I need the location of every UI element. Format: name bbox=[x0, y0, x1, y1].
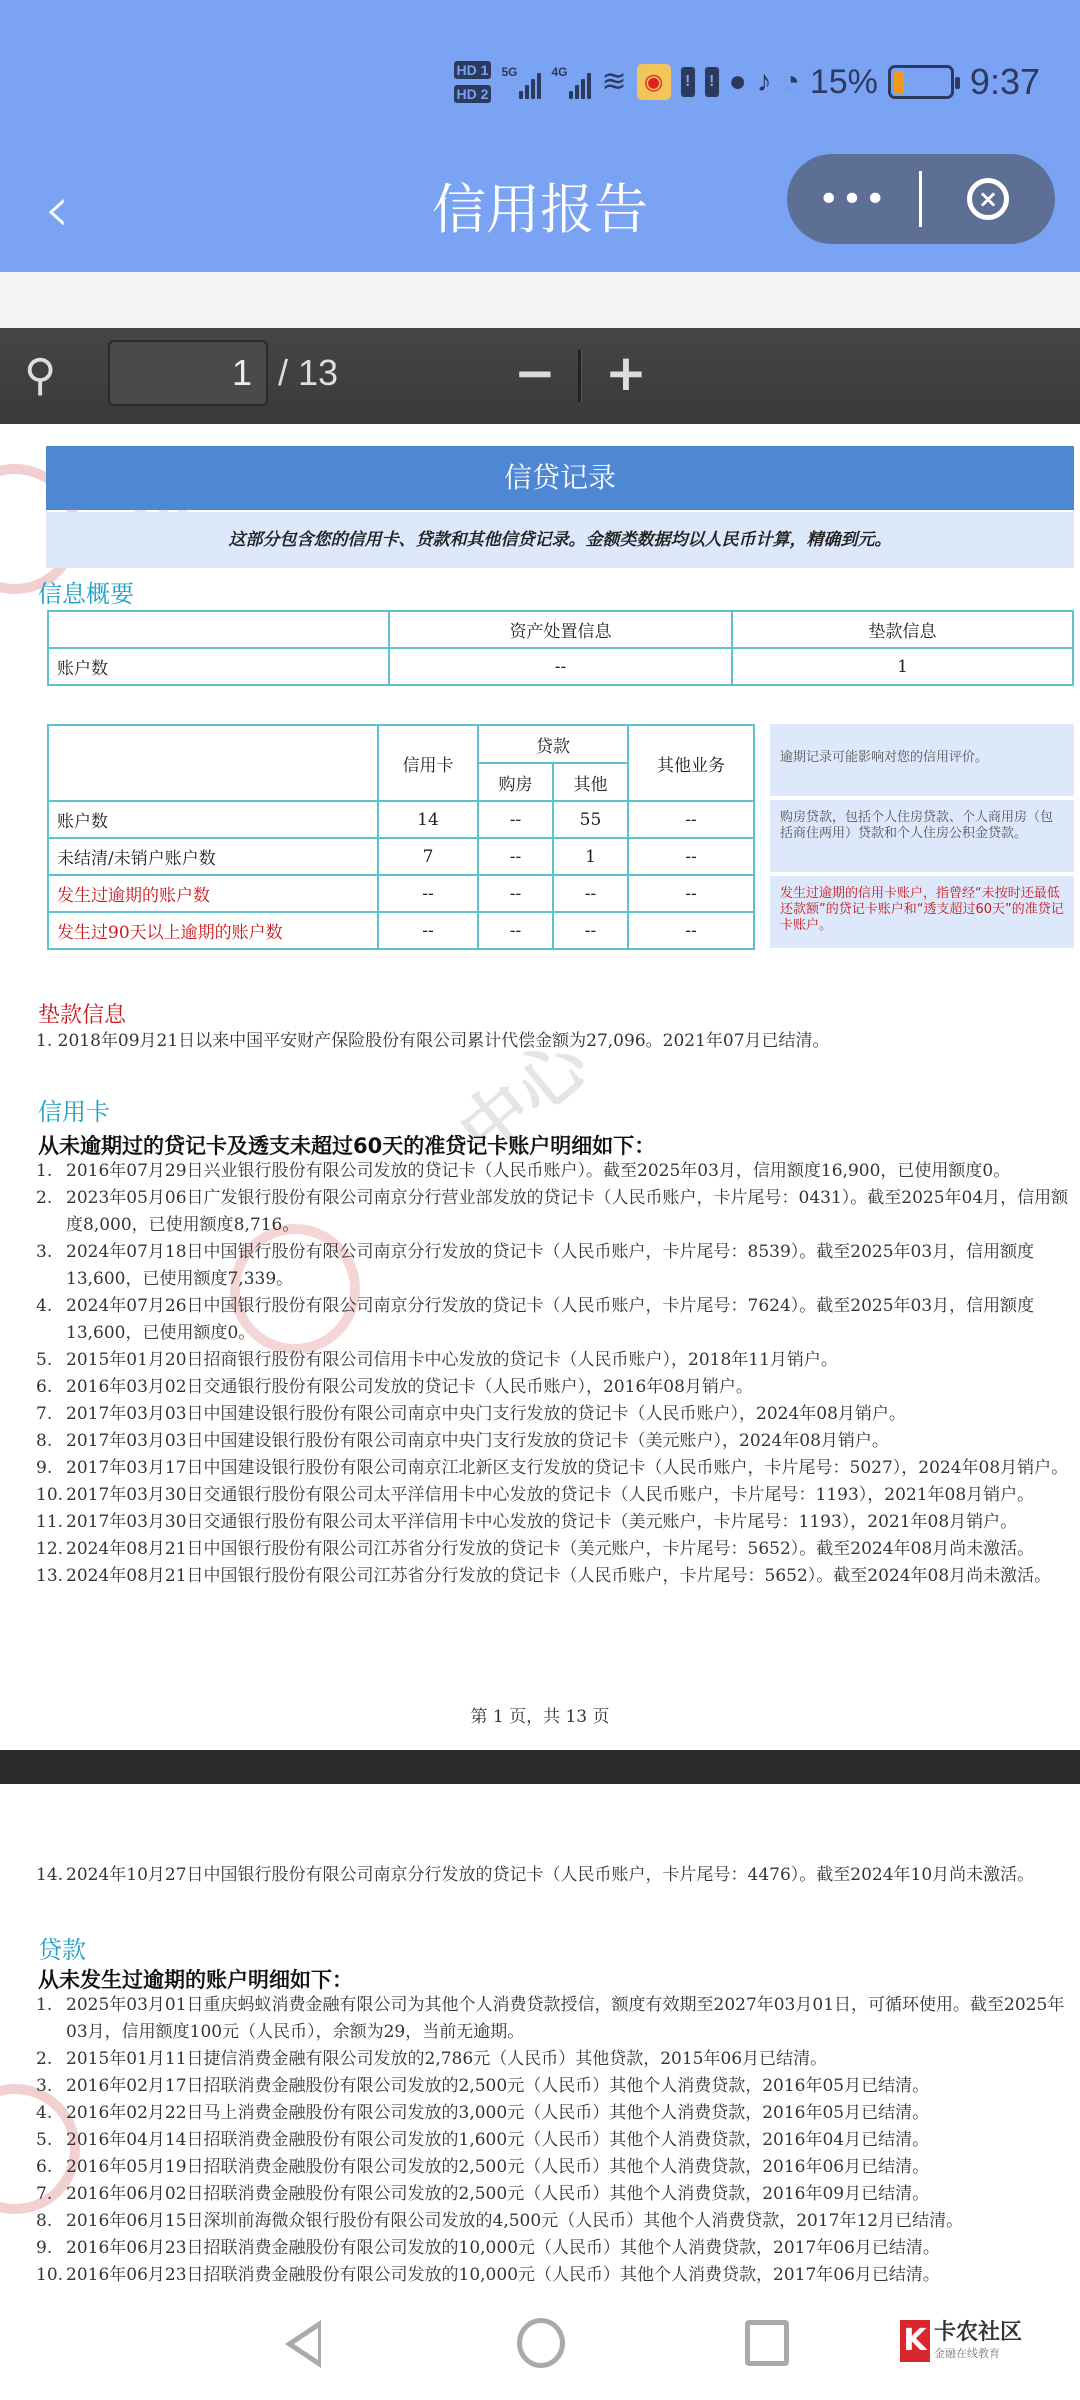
brand-name: 卡农社区 bbox=[934, 2321, 1022, 2345]
list-item: 12.2024年08月21日中国银行股份有限公司江苏省分行发放的贷记卡（美元账户… bbox=[36, 1536, 1076, 1563]
pdf-page-2: 14.2024年10月27日中国银行股份有限公司南京分行发放的贷记卡（人民币账户… bbox=[0, 1784, 1080, 2290]
list-item: 7.2017年03月03日中国建设银行股份有限公司南京中央门支行发放的贷记卡（人… bbox=[36, 1401, 1076, 1428]
loan-list: 1.2025年03月01日重庆蚂蚁消费金融有限公司为其他个人消费贷款授信，额度有… bbox=[36, 1992, 1076, 2289]
pdf-page-1: 征 中心 信贷记录 这部分包含您的信用卡、贷款和其他信贷记录。金额类数据均以人民… bbox=[0, 424, 1080, 1750]
message-icon: ● bbox=[729, 67, 747, 97]
list-item: 10.2017年03月30日交通银行股份有限公司太平洋信用卡中心发放的贷记卡（人… bbox=[36, 1482, 1076, 1509]
list-item: 5.2016年04月14日招联消费金融股份有限公司发放的1,600元（人民币）其… bbox=[36, 2127, 1076, 2154]
list-item: 6.2016年03月02日交通银行股份有限公司发放的贷记卡（人民币账户），201… bbox=[36, 1374, 1076, 1401]
nav-recents-button[interactable] bbox=[745, 2320, 789, 2366]
close-button[interactable]: × bbox=[922, 178, 1054, 220]
miniapp-capsule: ••• × bbox=[787, 154, 1055, 244]
sim2-label: HD 2 bbox=[454, 85, 492, 103]
data-saver-icon: ◔ bbox=[782, 67, 800, 97]
page-number-input[interactable]: 1 bbox=[108, 340, 268, 406]
list-item: 8.2016年06月15日深圳前海微众银行股份有限公司发放的4,500元（人民币… bbox=[36, 2208, 1076, 2235]
brand-subtitle: 金融在线教育 bbox=[934, 2345, 1022, 2361]
credit-card-list-continued: 14.2024年10月27日中国银行股份有限公司南京分行发放的贷记卡（人民币账户… bbox=[36, 1862, 1076, 1889]
list-item: 6.2016年05月19日招联消费金融股份有限公司发放的2,500元（人民币）其… bbox=[36, 2154, 1076, 2181]
overview-heading: 信息概要 bbox=[38, 574, 134, 609]
battery-percent: 15% bbox=[810, 63, 878, 102]
list-item: 9.2017年03月17日中国建设银行股份有限公司南京江北新区支行发放的贷记卡（… bbox=[36, 1455, 1076, 1482]
weibo-icon: ◉ bbox=[637, 64, 671, 100]
zoom-in-button[interactable]: + bbox=[600, 338, 652, 408]
list-item: 10.2016年06月23日招联消费金融股份有限公司发放的10,000元（人民币… bbox=[36, 2262, 1076, 2289]
notes-panel: 逾期记录可能影响对您的信用评价。 购房贷款，包括个人住房贷款、个人商用房（包括商… bbox=[770, 724, 1074, 952]
close-circle-icon: × bbox=[967, 178, 1009, 220]
table-row: 账户数 14--55-- bbox=[48, 801, 754, 838]
page-separator bbox=[0, 1750, 1080, 1784]
mute-icon: ♪ bbox=[757, 67, 772, 97]
credit-card-heading: 信用卡 bbox=[38, 1092, 110, 1127]
list-item: 8.2017年03月03日中国建设银行股份有限公司南京中央门支行发放的贷记卡（美… bbox=[36, 1428, 1076, 1455]
list-item: 5.2015年01月20日招商银行股份有限公司信用卡中心发放的贷记卡（人民币账户… bbox=[36, 1347, 1076, 1374]
search-button[interactable]: ⚲ bbox=[24, 350, 56, 401]
note: 逾期记录可能影响对您的信用评价。 bbox=[770, 724, 1074, 796]
nav-back-button[interactable] bbox=[285, 2320, 321, 2368]
spacer bbox=[0, 272, 1080, 328]
overview-table: 资产处置信息 垫款信息 账户数 -- 1 bbox=[47, 610, 1074, 686]
list-item: 3.2016年02月17日招联消费金融股份有限公司发放的2,500元（人民币）其… bbox=[36, 2073, 1076, 2100]
sim-indicator: HD 1 HD 2 bbox=[454, 61, 492, 103]
list-item: 7.2016年06月02日招联消费金融股份有限公司发放的2,500元（人民币）其… bbox=[36, 2181, 1076, 2208]
page-footer: 第 1 页，共 13 页 bbox=[0, 1702, 1080, 1727]
note: 购房贷款，包括个人住房贷款、个人商用房（包括商住两用）贷款和个人住房公积金贷款。 bbox=[770, 800, 1074, 872]
table-row: 未结清/未销户账户数 7--1-- bbox=[48, 838, 754, 875]
title-bar: ‹ 信用报告 ••• × bbox=[0, 150, 1080, 272]
battery-alert-icon: ! bbox=[681, 67, 695, 97]
clock: 9:37 bbox=[970, 61, 1040, 103]
toolbar-divider bbox=[578, 350, 582, 402]
list-item: 3.2024年07月18日中国银行股份有限公司南京分行发放的贷记卡（人民币账户，… bbox=[36, 1239, 1076, 1293]
summary-table: 信用卡 贷款 其他业务 购房 其他 账户数 14--55-- 未结清/未销户账户… bbox=[47, 724, 755, 950]
brand-logo-icon: K bbox=[900, 2320, 930, 2362]
section-banner: 信贷记录 bbox=[46, 446, 1074, 510]
status-bar: HD 1 HD 2 5G 4G ≋ ◉ ! ! ● ♪ ◔ 15% 9:37 bbox=[0, 0, 1080, 150]
sim1-label: HD 1 bbox=[454, 61, 492, 79]
signal-4g-icon: 4G bbox=[551, 65, 591, 99]
note: 发生过逾期的信用卡账户，指曾经“未按时还最低还款额”的贷记卡账户和“透支超过60… bbox=[770, 876, 1074, 948]
credit-card-list: 1.2016年07月29日兴业银行股份有限公司发放的贷记卡（人民币账户）。截至2… bbox=[36, 1158, 1076, 1590]
search-icon: ⚲ bbox=[24, 350, 56, 401]
signal-5g-icon: 5G bbox=[501, 65, 541, 99]
list-item: 4.2016年02月22日马上消费金融股份有限公司发放的3,000元（人民币）其… bbox=[36, 2100, 1076, 2127]
credit-card-subheading: 从未逾期过的贷记卡及透支未超过60天的准贷记卡账户明细如下： bbox=[38, 1130, 655, 1160]
list-item: 1. 2018年09月21日以来中国平安财产保险股份有限公司累计代偿金额为27,… bbox=[36, 1028, 1076, 1055]
list-item: 1.2016年07月29日兴业银行股份有限公司发放的贷记卡（人民币账户）。截至2… bbox=[36, 1158, 1076, 1185]
zoom-out-button[interactable]: − bbox=[510, 338, 560, 408]
more-dots-icon: ••• bbox=[818, 179, 888, 220]
list-item: 1.2025年03月01日重庆蚂蚁消费金融有限公司为其他个人消费贷款授信，额度有… bbox=[36, 1992, 1076, 2046]
total-pages: / 13 bbox=[278, 340, 338, 406]
list-item: 11.2017年03月30日交通银行股份有限公司太平洋信用卡中心发放的贷记卡（美… bbox=[36, 1509, 1076, 1536]
table-row: 发生过逾期的账户数 -------- bbox=[48, 875, 754, 912]
list-item: 13.2024年08月21日中国银行股份有限公司江苏省分行发放的贷记卡（人民币账… bbox=[36, 1563, 1076, 1590]
loan-subheading: 从未发生过逾期的账户明细如下： bbox=[38, 1964, 353, 1994]
battery-icon bbox=[888, 65, 954, 99]
table-row: 发生过90天以上逾期的账户数 -------- bbox=[48, 912, 754, 949]
list-item: 4.2024年07月26日中国银行股份有限公司南京分行发放的贷记卡（人民币账户，… bbox=[36, 1293, 1076, 1347]
loan-heading: 贷款 bbox=[38, 1930, 86, 1965]
brand-watermark: K 卡农社区 金融在线教育 bbox=[900, 2320, 1022, 2362]
advance-list: 1. 2018年09月21日以来中国平安财产保险股份有限公司累计代偿金额为27,… bbox=[36, 1028, 1076, 1055]
list-item: 14.2024年10月27日中国银行股份有限公司南京分行发放的贷记卡（人民币账户… bbox=[36, 1862, 1076, 1889]
wifi-icon: ≋ bbox=[601, 67, 626, 97]
system-nav-bar: K 卡农社区 金融在线教育 bbox=[0, 2290, 1080, 2400]
section-description: 这部分包含您的信用卡、贷款和其他信贷记录。金额类数据均以人民币计算，精确到元。 bbox=[46, 512, 1074, 568]
more-button[interactable]: ••• bbox=[787, 179, 919, 220]
list-item: 9.2016年06月23日招联消费金融股份有限公司发放的10,000元（人民币）… bbox=[36, 2235, 1076, 2262]
battery-alert-icon: ! bbox=[705, 67, 719, 97]
advance-heading: 垫款信息 bbox=[38, 998, 126, 1029]
nav-home-button[interactable] bbox=[517, 2318, 565, 2368]
list-item: 2.2015年01月11日捷信消费金融有限公司发放的2,786元（人民币）其他贷… bbox=[36, 2046, 1076, 2073]
list-item: 2.2023年05月06日广发银行股份有限公司南京分行营业部发放的贷记卡（人民币… bbox=[36, 1185, 1076, 1239]
pdf-toolbar: ⚲ 1 / 13 − + bbox=[0, 328, 1080, 424]
